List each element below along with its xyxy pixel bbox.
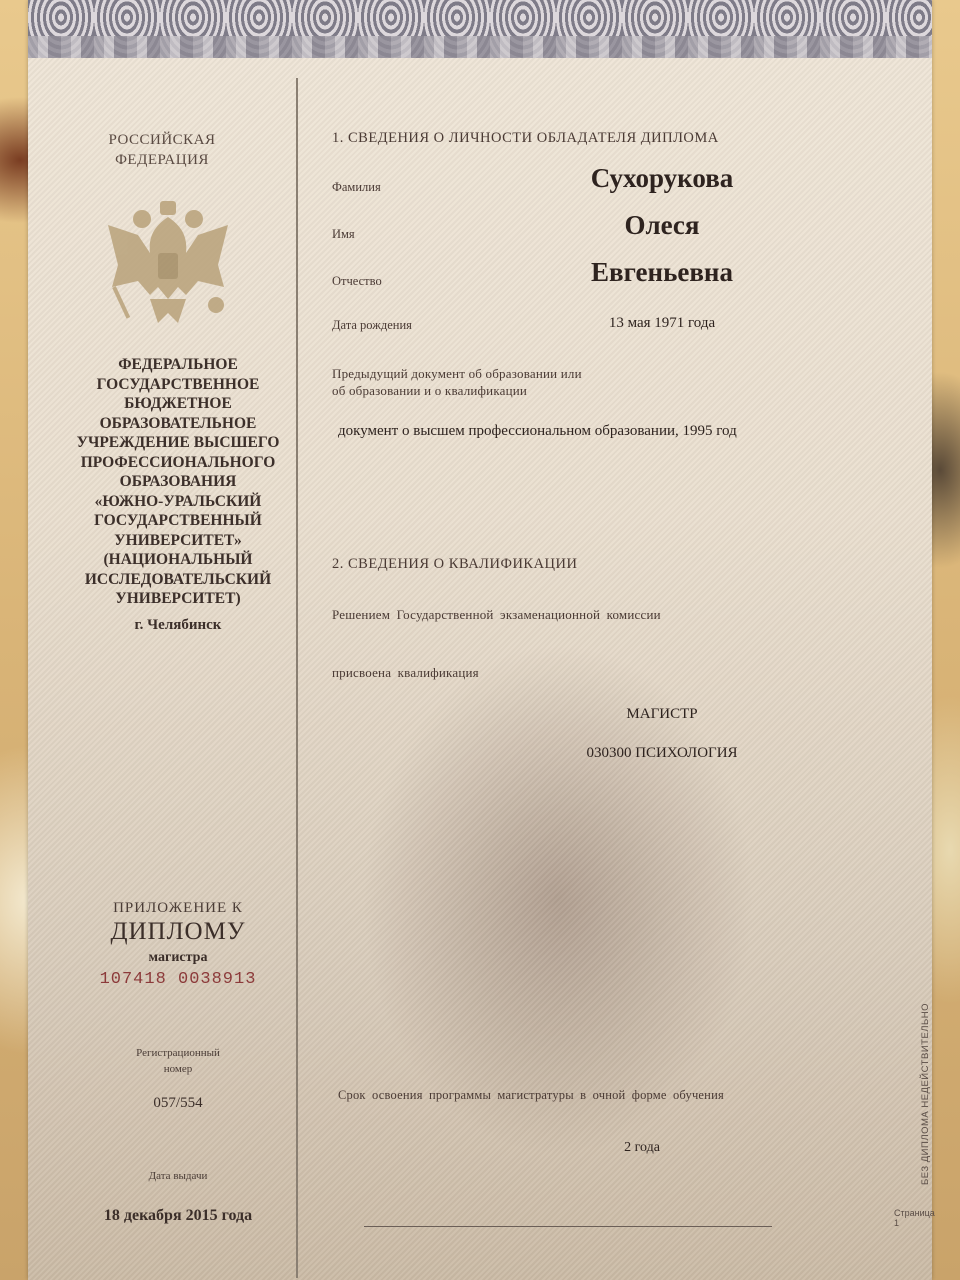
patronymic-label: Отчество (332, 274, 382, 289)
serial-number: 107418 0038913 (68, 970, 288, 989)
patronymic-value: Евгеньевна (512, 257, 812, 288)
registration-number: 057/554 (68, 1095, 288, 1112)
study-duration-value: 2 года (492, 1140, 792, 1156)
surname-label: Фамилия (332, 180, 381, 195)
institution-line: «ЮЖНО-УРАЛЬСКИЙ (68, 492, 288, 512)
degree-label: магистра (68, 950, 288, 966)
diploma-supplement-sheet: РОССИЙСКАЯ ФЕДЕРАЦИЯ ФЕДЕРАЛЬНОЕГОСУДАРС… (28, 0, 932, 1280)
institution-line: ИССЛЕДОВАТЕЛЬСКИЙ (68, 570, 288, 590)
double-headed-eagle-icon (98, 195, 238, 335)
section-1-title: 1. СВЕДЕНИЯ О ЛИЧНОСТИ ОБЛАДАТЕЛЯ ДИПЛОМ… (332, 130, 719, 147)
institution-line: УНИВЕРСИТЕТ» (68, 531, 288, 551)
institution-line: ПРОФЕССИОНАЛЬНОГО (68, 453, 288, 473)
institution-line: БЮДЖЕТНОЕ (68, 394, 288, 414)
institution-line: ФЕДЕРАЛЬНОЕ (68, 355, 288, 375)
previous-document-value: документ о высшем профессиональном образ… (338, 423, 737, 440)
diploma-label: ДИПЛОМУ (68, 918, 288, 946)
qualification-awarded-text: присвоена квалификация (332, 663, 479, 682)
country-line-1: РОССИЙСКАЯ (12, 130, 312, 150)
right-column: 1. СВЕДЕНИЯ О ЛИЧНОСТИ ОБЛАДАТЕЛЯ ДИПЛОМ… (332, 0, 932, 1280)
name-label: Имя (332, 227, 355, 242)
country-name: РОССИЙСКАЯ ФЕДЕРАЦИЯ (12, 130, 312, 170)
left-column: РОССИЙСКАЯ ФЕДЕРАЦИЯ ФЕДЕРАЛЬНОЕГОСУДАРС… (28, 0, 296, 1280)
column-divider (296, 78, 298, 1278)
supplement-label: ПРИЛОЖЕНИЕ К (68, 900, 288, 917)
institution-line: УНИВЕРСИТЕТ) (68, 589, 288, 609)
study-duration-label: Срок освоения программы магистратуры в о… (338, 1086, 724, 1105)
registration-label: Регистрационный номер (68, 1045, 288, 1077)
commission-decision-text: Решением Государственной экзаменационной… (332, 605, 661, 624)
institution-line: УЧРЕЖДЕНИЕ ВЫСШЕГО (68, 433, 288, 453)
birthdate-value: 13 мая 1971 года (512, 315, 812, 332)
institution-line: ГОСУДАРСТВЕННОЕ (68, 375, 288, 395)
section-2-title: 2. СВЕДЕНИЯ О КВАЛИФИКАЦИИ (332, 556, 577, 573)
name-value: Олеся (512, 210, 812, 241)
registration-label-line-2: номер (68, 1061, 288, 1077)
issue-date-label: Дата выдачи (68, 1170, 288, 1182)
birthdate-label: Дата рождения (332, 318, 412, 333)
institution-name: ФЕДЕРАЛЬНОЕГОСУДАРСТВЕННОЕБЮДЖЕТНОЕОБРАЗ… (68, 355, 288, 609)
institution-line: (НАЦИОНАЛЬНЫЙ (68, 550, 288, 570)
institution-line: ОБРАЗОВАНИЯ (68, 472, 288, 492)
previous-document-label: Предыдущий документ об образовании или о… (332, 364, 582, 400)
city: г. Челябинск (68, 617, 288, 634)
signature-line (364, 1226, 772, 1227)
qualification-value: МАГИСТР (512, 706, 812, 723)
invalid-without-diploma-notice: БЕЗ ДИПЛОМА НЕДЕЙСТВИТЕЛЬНО (920, 1003, 931, 1185)
country-line-2: ФЕДЕРАЦИЯ (12, 150, 312, 170)
institution-line: ОБРАЗОВАТЕЛЬНОЕ (68, 414, 288, 434)
previous-document-label-line-2: об образовании и о квалификации (332, 381, 582, 400)
surname-value: Сухорукова (512, 163, 812, 194)
institution-line: ГОСУДАРСТВЕННЫЙ (68, 511, 288, 531)
page-number: Страница 1 (894, 1208, 935, 1228)
issue-date: 18 декабря 2015 года (68, 1207, 288, 1225)
registration-label-line-1: Регистрационный (68, 1045, 288, 1061)
specialty-value: 030300 ПСИХОЛОГИЯ (512, 745, 812, 762)
